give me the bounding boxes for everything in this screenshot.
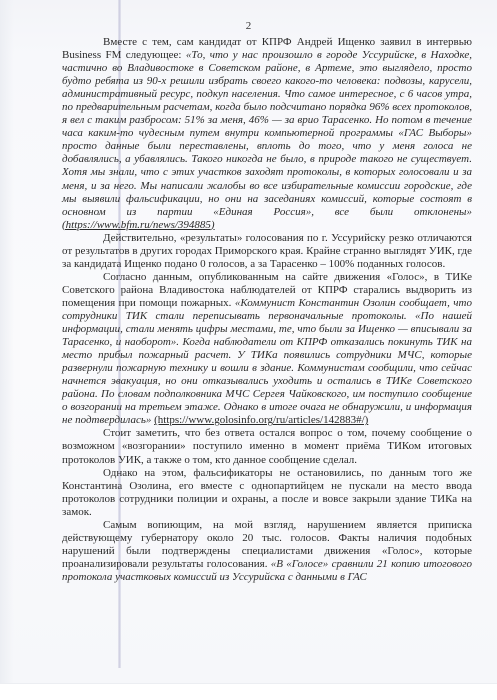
paragraph-golos-tik: Согласно данным, опубликованным на сайте… bbox=[62, 271, 472, 428]
page-number: 2 bbox=[0, 20, 497, 32]
paragraph-ussuriysk-results: Действительно, «результаты» голосования … bbox=[62, 232, 472, 271]
page-bottom-margin bbox=[0, 683, 497, 700]
document-body: Вместе с тем, сам кандидат от КПРФ Андре… bbox=[62, 36, 472, 584]
ishchenko-quote: «То, что у нас произошло в городе Уссури… bbox=[62, 49, 472, 218]
paragraph-fire-question: Стоит заметить, что без ответа остался в… bbox=[62, 427, 472, 466]
paragraph-ishchenko-interview: Вместе с тем, сам кандидат от КПРФ Андре… bbox=[62, 36, 472, 232]
scan-edge-shadow bbox=[0, 0, 14, 683]
paragraph-building-closed: Однако на этом, фальсификаторы не остано… bbox=[62, 467, 472, 519]
bfm-source-link[interactable]: (https://www.bfm.ru/news/394885) bbox=[62, 219, 215, 231]
ozolin-quote: «Коммунист Константин Озолин сообщает, ч… bbox=[62, 297, 472, 426]
golosinfo-source-link[interactable]: (https://www.golosinfo.org/ru/articles/1… bbox=[154, 414, 368, 426]
paragraph-vote-padding: Самым вопиющим, на мой взгляд, нарушение… bbox=[62, 519, 472, 584]
